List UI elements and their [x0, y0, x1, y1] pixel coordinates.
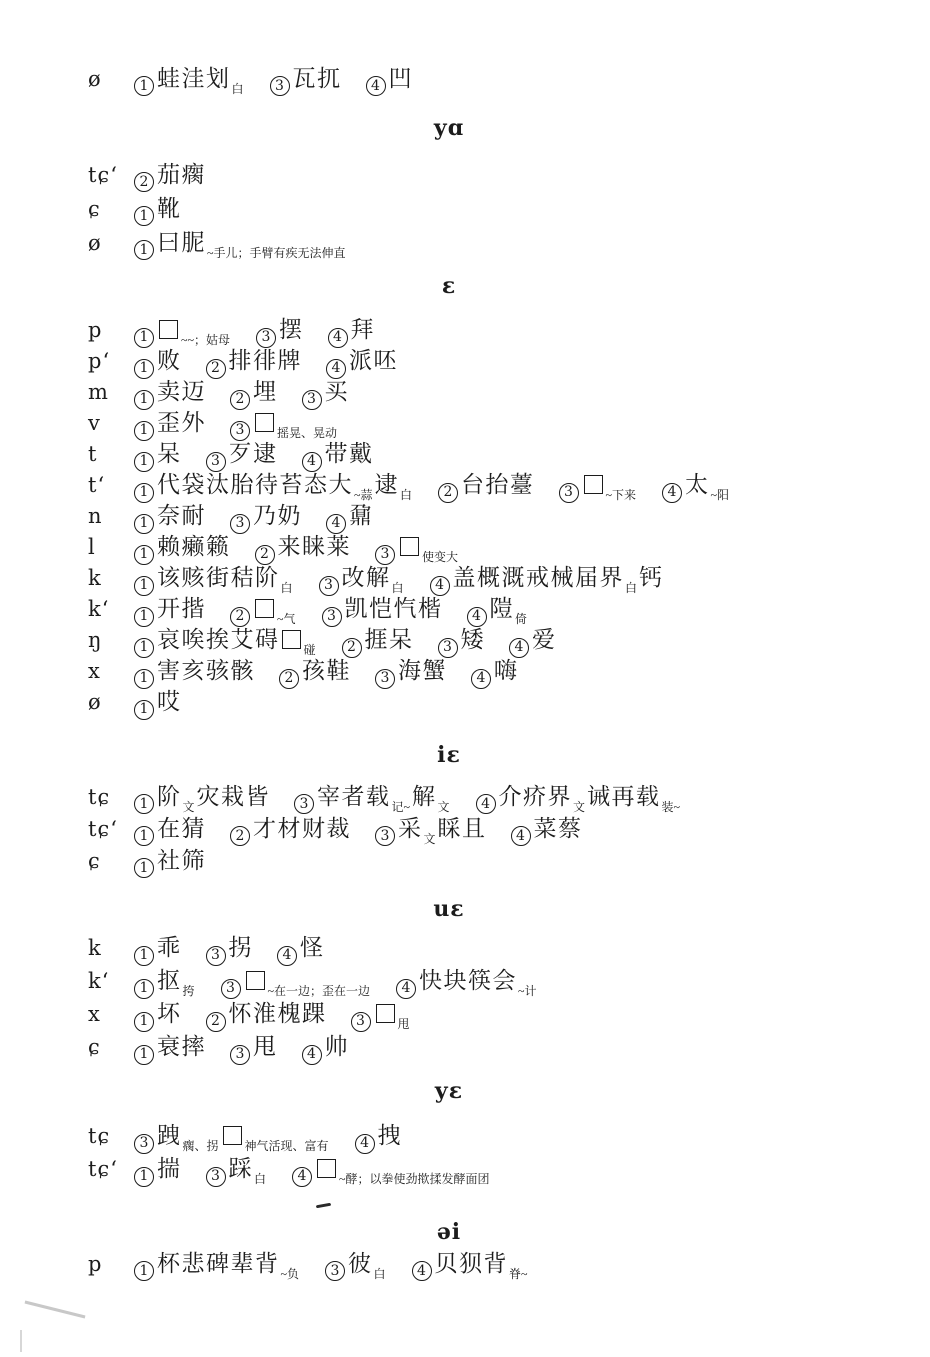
entry-characters: 甩 — [253, 1034, 278, 1059]
tone-number-circle: 3 — [270, 76, 290, 96]
tone-group: 3甩 — [351, 1008, 412, 1025]
tone-number-circle: 3 — [559, 483, 579, 503]
tone-number-circle: 4 — [355, 1134, 375, 1154]
entry-characters: 杯悲碑辈背 — [157, 1251, 280, 1276]
tone-group: 3歹逮 — [206, 448, 278, 465]
tone-number-circle: 1 — [134, 826, 154, 846]
entry-characters: 帅 — [325, 1034, 350, 1059]
entry-characters: 代袋汰胎待苔态大 — [157, 472, 353, 497]
rime-section-header: yɛ — [88, 1077, 810, 1105]
tone-group: 2来睐莱 — [255, 541, 352, 558]
scan-artifact — [25, 1301, 86, 1319]
tone-number-circle: 4 — [366, 76, 386, 96]
placeholder-box-glyph — [159, 320, 178, 339]
entry-characters: 灾栽皆 — [197, 784, 271, 809]
entry-characters: 曰胒 — [157, 230, 206, 255]
tone-number-circle: 1 — [134, 794, 154, 814]
rime-section-header: yɑ — [88, 114, 810, 142]
tone-group: 2孩鞋 — [279, 665, 351, 682]
entry-characters: 败 — [157, 348, 182, 373]
entry-characters: 台抬薹 — [461, 472, 535, 497]
annotation-subscript: ~在一边；歪在一边 — [268, 984, 371, 998]
entry-characters: 嗨 — [494, 658, 519, 683]
tone-number-circle: 4 — [412, 1261, 432, 1281]
tone-group: 3瓦扤 — [270, 73, 342, 90]
tone-group: 2埋 — [230, 386, 278, 403]
tone-number-circle: 3 — [134, 1134, 154, 1154]
entry-row: p‘1败2排徘牌4派呸 — [88, 345, 890, 376]
initial-symbol: ø — [88, 687, 134, 718]
entry-characters: 蛙洼划 — [157, 66, 231, 91]
rime-section-header: uɛ — [88, 895, 810, 923]
section-yɛ: yɛtɕ3跩瘸、拐神气活现、富有4拽tɕ‘1揣3踩白4~酵；以拳使劲揿揉发酵面团 — [88, 1077, 890, 1185]
entry-row: n1奈耐3乃奶4鼐 — [88, 500, 890, 531]
tone-number-circle: 3 — [230, 1045, 250, 1065]
entry-characters: 在猜 — [157, 816, 206, 841]
entry-row: t‘1代袋汰胎待苔态大~蒜逮白2台抬薹3~下来4太~阳 — [88, 469, 890, 500]
entry-row: x1害亥骇骸2孩鞋3海蟹4嗨 — [88, 655, 890, 686]
tone-number-circle: 1 — [134, 206, 154, 226]
entry-characters: 拜 — [351, 317, 376, 342]
initial-symbol: ɕ — [88, 845, 134, 877]
annotation-subscript: 文 — [573, 800, 585, 814]
entry-characters: 海蟹 — [398, 658, 447, 683]
entry-row: ø1曰胒~手儿；手臂有疾无法伸直 — [88, 226, 890, 260]
entry-row: k1该赅街秸阶白3改解白4盖概溉戒械届界白钙 — [88, 562, 890, 593]
section-iɛ: iɛtɕ1阶文灾栽皆3宰者载记~解文4介疥界文诫再载装~tɕ‘1在猜2才材财裁3… — [88, 741, 890, 877]
tone-group: 1败 — [134, 355, 182, 372]
entry-characters: 赖癞籁 — [157, 534, 231, 559]
annotation-subscript: 装~ — [662, 800, 681, 814]
tone-group: 1歪外 — [134, 417, 206, 434]
section-uɛ: uɛk1乖3拐4怪k‘1抠挎3~在一边；歪在一边4快块筷会~计x1坏2怀淮槐踝3… — [88, 895, 890, 1063]
tone-group: 1卖迈 — [134, 386, 206, 403]
tone-group: 4盖概溉戒械届界白钙 — [430, 572, 664, 589]
annotation-subscript: 白 — [400, 488, 412, 502]
tone-group: 3拐 — [206, 942, 254, 959]
entry-characters: 爱 — [532, 627, 557, 652]
tone-number-circle: 1 — [134, 240, 154, 260]
tone-group: 3甩 — [230, 1041, 278, 1058]
tone-group: 1阶文灾栽皆 — [134, 791, 270, 808]
tone-group: 1赖癞籁 — [134, 541, 231, 558]
tone-group: 3采文睬且 — [375, 823, 487, 840]
initial-symbol: k‘ — [88, 965, 134, 998]
annotation-subscript: ~阳 — [711, 488, 730, 502]
entry-row: k‘1开揩2~气3凯恺忾楷4隑倚 — [88, 593, 890, 624]
entry-characters: 跩 — [157, 1123, 182, 1148]
tone-group: 1社筛 — [134, 855, 206, 872]
entry-characters: 开揩 — [157, 596, 206, 621]
tone-number-circle: 2 — [206, 1012, 226, 1032]
entry-row: tɕ1阶文灾栽皆3宰者载记~解文4介疥界文诫再载装~ — [88, 781, 890, 813]
tone-group: 4爱 — [509, 634, 557, 651]
entry-row: ɕ1靴 — [88, 192, 890, 226]
tone-number-circle: 3 — [206, 1167, 226, 1187]
entry-characters: 哎 — [157, 689, 182, 714]
tone-group: 1抠挎 — [134, 975, 197, 992]
annotation-subscript: 脊~ — [509, 1267, 528, 1281]
annotation-subscript: 文 — [183, 800, 195, 814]
annotation-subscript: ~酵；以拳使劲揿揉发酵面团 — [339, 1172, 490, 1186]
tone-number-circle: 3 — [351, 1012, 371, 1032]
tone-group: 3~下来 — [559, 479, 639, 496]
entry-characters: 怪 — [300, 935, 325, 960]
tone-number-circle: 1 — [134, 979, 154, 999]
tone-number-circle: 3 — [221, 979, 241, 999]
entry-characters: 埋 — [253, 379, 278, 404]
initial-symbol: t — [88, 439, 134, 470]
initial-symbol: k‘ — [88, 594, 134, 625]
tone-group: 4怪 — [277, 942, 325, 959]
entry-characters: 坏 — [157, 1001, 182, 1026]
scanned-dictionary-page: ø1蛙洼划白3瓦扤4凹yɑtɕ‘2茄瘸ɕ1靴ø1曰胒~手儿；手臂有疾无法伸直ɛp… — [0, 0, 930, 1357]
entry-characters: 揣 — [157, 1156, 182, 1181]
entry-characters: 盖概溉戒械届界 — [453, 565, 625, 590]
entry-row: k1乖3拐4怪 — [88, 931, 890, 964]
tone-group: 1在猜 — [134, 823, 206, 840]
tone-group: 1乖 — [134, 942, 182, 959]
tone-group: 4帅 — [302, 1041, 350, 1058]
annotation-subscript: 白 — [254, 1172, 266, 1186]
entry-characters: 排徘牌 — [229, 348, 303, 373]
entry-characters: 才材财裁 — [253, 816, 351, 841]
tone-group: 1揣 — [134, 1163, 182, 1180]
annotation-subscript: ~负 — [281, 1267, 300, 1281]
tone-group: 2怀淮槐踝 — [206, 1008, 327, 1025]
tone-number-circle: 2 — [230, 826, 250, 846]
entry-characters: 孩鞋 — [302, 658, 351, 683]
initial-symbol: ŋ — [88, 625, 134, 656]
tone-group: 1哎 — [134, 696, 182, 713]
initial-symbol: ɕ — [88, 192, 134, 226]
entry-characters: 捱呆 — [365, 627, 414, 652]
entry-characters: 隑 — [490, 596, 515, 621]
placeholder-box-glyph — [246, 971, 265, 990]
section-ɛ: ɛp1~~；姑母3摆4拜p‘1败2排徘牌4派呸m1卖迈2埋3买v1歪外3摇晃、晃… — [88, 272, 890, 717]
initial-symbol: l — [88, 532, 134, 563]
tone-group: 1曰胒~手儿；手臂有疾无法伸直 — [134, 237, 348, 254]
initial-symbol: x — [88, 998, 134, 1031]
annotation-subscript: 白 — [625, 581, 637, 595]
tone-number-circle: 3 — [375, 669, 395, 689]
tone-number-circle: 2 — [134, 172, 154, 192]
entry-characters: 宰者载 — [317, 784, 391, 809]
annotation-subscript: ~计 — [518, 984, 537, 998]
entry-characters: 买 — [325, 379, 350, 404]
placeholder-box-glyph — [282, 630, 301, 649]
tone-number-circle: 3 — [206, 946, 226, 966]
entry-characters: 彼 — [348, 1251, 373, 1276]
tone-number-circle: 4 — [662, 483, 682, 503]
annotation-subscript: 白 — [232, 82, 244, 96]
annotation-subscript: 瘸、拐 — [183, 1139, 219, 1153]
annotation-subscript: ~手儿；手臂有疾无法伸直 — [207, 246, 346, 260]
entry-characters: 乖 — [157, 935, 182, 960]
annotation-subscript: 文 — [424, 832, 436, 846]
tone-group: 1蛙洼划白 — [134, 73, 246, 90]
initial-symbol: ɕ — [88, 1031, 134, 1064]
tone-group: 3跩瘸、拐神气活现、富有 — [134, 1130, 331, 1147]
tone-group: 3使变大 — [375, 541, 460, 558]
entry-row: p1杯悲碑辈背~负3彼白4贝狈背脊~ — [88, 1248, 890, 1280]
entry-row: tɕ‘1揣3踩白4~酵；以拳使劲揿揉发酵面团 — [88, 1152, 890, 1185]
rime-section-header: iɛ — [88, 741, 810, 769]
tone-number-circle: 4 — [471, 669, 491, 689]
placeholder-box-glyph — [255, 599, 274, 618]
tone-group: 1杯悲碑辈背~负 — [134, 1258, 301, 1275]
page-content: ø1蛙洼划白3瓦扤4凹yɑtɕ‘2茄瘸ɕ1靴ø1曰胒~手儿；手臂有疾无法伸直ɛp… — [0, 0, 930, 1280]
entry-characters: 解 — [412, 784, 437, 809]
tone-group: 1~~；姑母 — [134, 324, 232, 341]
entry-row: m1卖迈2埋3买 — [88, 376, 890, 407]
entry-row: k‘1抠挎3~在一边；歪在一边4快块筷会~计 — [88, 964, 890, 997]
initial-symbol: tɕ‘ — [88, 158, 134, 192]
annotation-subscript: 神气活现、富有 — [245, 1139, 329, 1153]
tone-group: 3乃奶 — [230, 510, 302, 527]
entry-row: ø1蛙洼划白3瓦扤4凹 — [88, 62, 890, 96]
tone-group: 2排徘牌 — [206, 355, 303, 372]
entry-characters: 采 — [398, 816, 423, 841]
tone-group: 1害亥骇骸 — [134, 665, 255, 682]
tone-group: 4贝狈背脊~ — [412, 1258, 530, 1275]
tone-number-circle: 4 — [476, 794, 496, 814]
entry-characters: 乃奶 — [253, 503, 302, 528]
placeholder-box-glyph — [223, 1126, 242, 1145]
tone-group: 4太~阳 — [662, 479, 731, 496]
entry-characters: 逮 — [375, 472, 400, 497]
tone-group: 4凹 — [366, 73, 414, 90]
entry-characters: 社筛 — [157, 848, 206, 873]
placeholder-box-glyph — [376, 1004, 395, 1023]
tone-group: 2捱呆 — [342, 634, 414, 651]
tone-number-circle: 4 — [302, 1045, 322, 1065]
tone-group: 1奈耐 — [134, 510, 206, 527]
tone-group: 3摇晃、晃动 — [230, 417, 339, 434]
initial-symbol: k — [88, 563, 134, 594]
tone-number-circle: 2 — [438, 483, 458, 503]
entry-characters: 怀淮槐踝 — [229, 1001, 327, 1026]
placeholder-box-glyph — [584, 475, 603, 494]
tone-group: 3宰者载记~解文 — [294, 791, 452, 808]
tone-group: 3改解白 — [319, 572, 406, 589]
tone-group: 4嗨 — [471, 665, 519, 682]
tone-group: 1坏 — [134, 1008, 182, 1025]
initial-symbol: n — [88, 501, 134, 532]
tone-group: 3买 — [302, 386, 350, 403]
tone-group: 4带戴 — [302, 448, 374, 465]
tone-number-circle: 1 — [134, 1167, 154, 1187]
tone-group: 2茄瘸 — [134, 169, 206, 186]
entry-characters: 瓦扤 — [293, 66, 342, 91]
tone-number-circle: 1 — [134, 1045, 154, 1065]
entry-row: tɕ3跩瘸、拐神气活现、富有4拽 — [88, 1119, 890, 1152]
tone-number-circle: 4 — [292, 1167, 312, 1187]
initial-symbol: tɕ — [88, 781, 134, 813]
tone-number-circle: 2 — [279, 669, 299, 689]
entry-characters: 凹 — [389, 66, 414, 91]
annotation-subscript: 文 — [438, 800, 450, 814]
tone-group: 4拜 — [328, 324, 376, 341]
initial-symbol: p — [88, 315, 134, 346]
tone-group: 1哀唉挨艾碍碰 — [134, 634, 318, 651]
annotation-subscript: 甩 — [398, 1017, 410, 1031]
tone-group: 2~气 — [230, 603, 298, 620]
initial-symbol: tɕ — [88, 1120, 134, 1153]
tone-group: 4派呸 — [326, 355, 398, 372]
initial-symbol: v — [88, 408, 134, 439]
initial-symbol: ø — [88, 226, 134, 260]
entry-characters: 贝狈背 — [435, 1251, 509, 1276]
tone-number-circle: 1 — [134, 946, 154, 966]
tone-group: 3海蟹 — [375, 665, 447, 682]
tone-number-circle: 4 — [511, 826, 531, 846]
tone-group: 3彼白 — [325, 1258, 388, 1275]
entry-characters: 卖迈 — [157, 379, 206, 404]
entry-characters: 矮 — [461, 627, 486, 652]
entry-characters: 该赅街秸阶 — [157, 565, 280, 590]
tone-group: 1开揩 — [134, 603, 206, 620]
entry-characters: 凯恺忾楷 — [345, 596, 443, 621]
entry-characters: 改解 — [342, 565, 391, 590]
entry-row: v1歪外3摇晃、晃动 — [88, 407, 890, 438]
entry-characters: 抠 — [157, 968, 182, 993]
tone-group: 1靴 — [134, 203, 182, 220]
entry-row: tɕ‘1在猜2才材财裁3采文睬且4菜蔡 — [88, 813, 890, 845]
entry-characters: 诫再载 — [587, 784, 661, 809]
tone-group: 4隑倚 — [467, 603, 530, 620]
entry-characters: 拐 — [229, 935, 254, 960]
entry-characters: 哀唉挨艾碍 — [157, 627, 280, 652]
entry-characters: 带戴 — [325, 441, 374, 466]
entry-row: l1赖癞籁2来睐莱3使变大 — [88, 531, 890, 562]
entry-row: ɕ1社筛 — [88, 845, 890, 877]
tone-group: 4拽 — [355, 1130, 403, 1147]
entry-characters: 菜蔡 — [534, 816, 583, 841]
placeholder-box-glyph — [255, 413, 274, 432]
tone-group: 1呆 — [134, 448, 182, 465]
tone-number-circle: 1 — [134, 76, 154, 96]
initial-symbol: m — [88, 377, 134, 408]
tone-group: 4~酵；以拳使劲揿揉发酵面团 — [292, 1163, 492, 1180]
initial-symbol: tɕ‘ — [88, 813, 134, 845]
initial-symbol: t‘ — [88, 470, 134, 501]
annotation-subscript: 记~ — [392, 800, 411, 814]
entry-characters: 衰摔 — [157, 1034, 206, 1059]
initial-symbol: k — [88, 932, 134, 965]
entry-characters: 踩 — [229, 1156, 254, 1181]
entry-row: tɕ‘2茄瘸 — [88, 158, 890, 192]
tone-group: 1代袋汰胎待苔态大~蒜逮白 — [134, 479, 414, 496]
tone-number-circle: 3 — [325, 1261, 345, 1281]
entry-characters: 靴 — [157, 196, 182, 221]
entry-row: ɕ1衰摔3甩4帅 — [88, 1030, 890, 1063]
rime-section-header: ɛ — [88, 272, 810, 300]
entry-characters: 阶 — [157, 784, 182, 809]
entry-characters: 拽 — [378, 1123, 403, 1148]
section-continued: ø1蛙洼划白3瓦扤4凹 — [88, 62, 890, 96]
tone-group: 3踩白 — [206, 1163, 269, 1180]
rime-section-header: əi — [88, 1218, 810, 1246]
tone-number-circle: 1 — [134, 700, 154, 720]
entry-characters: 呆 — [157, 441, 182, 466]
tone-number-circle: 1 — [134, 1261, 154, 1281]
initial-symbol: p‘ — [88, 346, 134, 377]
scan-artifact — [20, 1330, 22, 1352]
tone-group: 1该赅街秸阶白 — [134, 572, 295, 589]
entry-characters: 歹逮 — [229, 441, 278, 466]
entry-characters: 介疥界 — [499, 784, 573, 809]
tone-number-circle: 4 — [396, 979, 416, 999]
entry-characters: 来睐莱 — [278, 534, 352, 559]
entry-row: ø1哎 — [88, 686, 890, 717]
tone-group: 4介疥界文诫再载装~ — [476, 791, 683, 808]
entry-row: ŋ1哀唉挨艾碍碰2捱呆3矮4爱 — [88, 624, 890, 655]
tone-number-circle: 3 — [294, 794, 314, 814]
entry-characters: 歪外 — [157, 410, 206, 435]
entry-characters: 派呸 — [349, 348, 398, 373]
tone-group: 2台抬薹 — [438, 479, 535, 496]
entry-characters: 鼐 — [349, 503, 374, 528]
tone-number-circle: 1 — [134, 1012, 154, 1032]
tone-number-circle: 4 — [277, 946, 297, 966]
annotation-subscript: 白 — [374, 1267, 386, 1281]
tone-group: 3~在一边；歪在一边 — [221, 975, 373, 992]
entry-row: t1呆3歹逮4带戴 — [88, 438, 890, 469]
entry-row: x1坏2怀淮槐踝3甩 — [88, 997, 890, 1030]
tone-group: 3矮 — [438, 634, 486, 651]
annotation-subscript: 挎 — [183, 984, 195, 998]
entry-characters: 睬且 — [438, 816, 487, 841]
placeholder-box-glyph — [400, 537, 419, 556]
entry-row: p1~~；姑母3摆4拜 — [88, 314, 890, 345]
tone-group: 3摆 — [256, 324, 304, 341]
tone-group: 4快块筷会~计 — [396, 975, 539, 992]
section-əi: əip1杯悲碑辈背~负3彼白4贝狈背脊~ — [88, 1218, 890, 1280]
section-yɑ: yɑtɕ‘2茄瘸ɕ1靴ø1曰胒~手儿；手臂有疾无法伸直 — [88, 114, 890, 260]
placeholder-box-glyph — [317, 1159, 336, 1178]
annotation-subscript: ~下来 — [606, 488, 637, 502]
tone-group: 4鼐 — [326, 510, 374, 527]
entry-characters: 太 — [685, 472, 710, 497]
entry-characters: 茄瘸 — [157, 162, 206, 187]
tone-group: 3凯恺忾楷 — [322, 603, 443, 620]
initial-symbol: x — [88, 656, 134, 687]
tone-group: 4菜蔡 — [511, 823, 583, 840]
tone-number-circle: 3 — [375, 826, 395, 846]
initial-symbol: p — [88, 1248, 134, 1280]
initial-symbol: ø — [88, 62, 134, 96]
entry-characters: 快块筷会 — [419, 968, 517, 993]
entry-characters: 摆 — [279, 317, 304, 342]
entry-characters: 钙 — [639, 565, 664, 590]
initial-symbol: tɕ‘ — [88, 1153, 134, 1186]
tone-number-circle: 1 — [134, 858, 154, 878]
tone-group: 1衰摔 — [134, 1041, 206, 1058]
tone-group: 2才材财裁 — [230, 823, 351, 840]
entry-characters: 害亥骇骸 — [157, 658, 255, 683]
entry-characters: 奈耐 — [157, 503, 206, 528]
